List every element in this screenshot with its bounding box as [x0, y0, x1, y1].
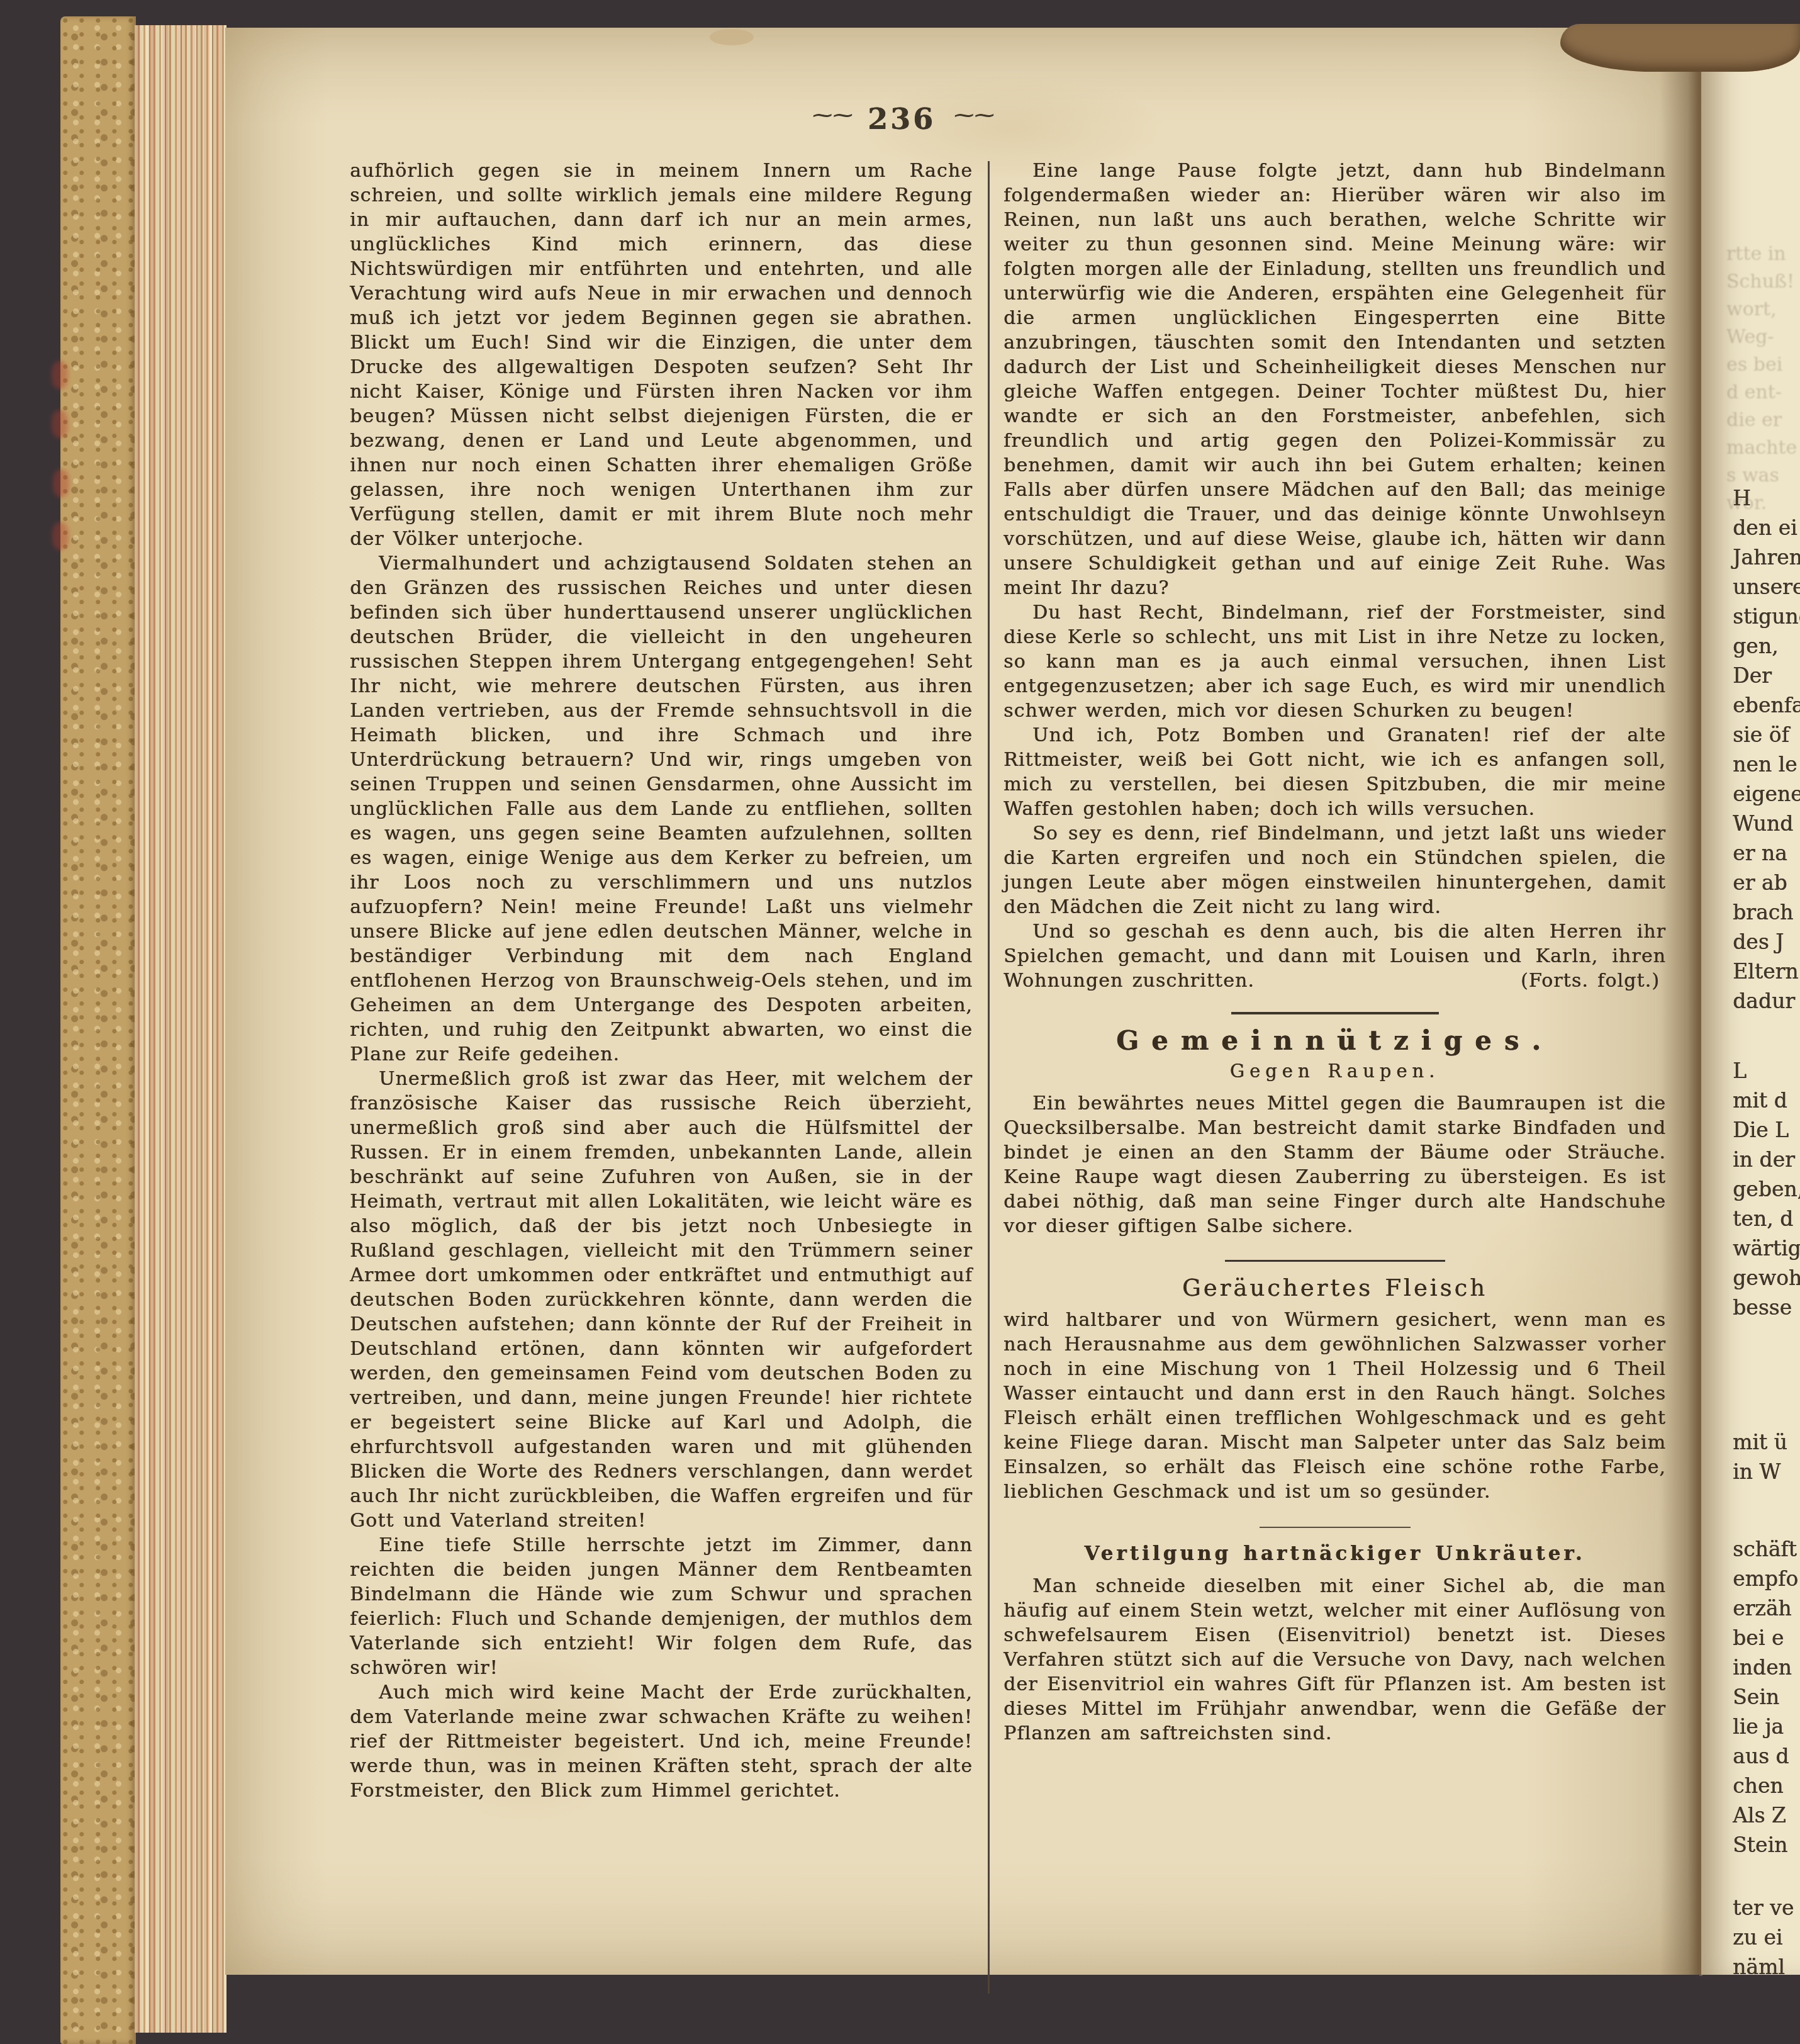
text-fragment-line: ter ve [1733, 1893, 1794, 1923]
text-fragment-line: eigene [1733, 779, 1800, 809]
paragraph: Eine lange Pause folgte jetzt, dann hub … [1003, 159, 1666, 600]
text-fragment-line: den ei [1733, 513, 1800, 542]
text-fragment-line: chen [1733, 1771, 1798, 1800]
text-fragment-line: nen le [1733, 750, 1800, 779]
text-fragment-line: wort, [1726, 296, 1797, 323]
text-fragment-line: empfo [1733, 1564, 1798, 1593]
text-fragment-line: unsere [1733, 572, 1800, 602]
text-fragment-line: Eltern [1733, 957, 1800, 986]
text-fragment-line: erzäh [1733, 1593, 1798, 1623]
section-divider-rule [1225, 1260, 1445, 1262]
next-page-sliver: rtte inSchuß!wort,Weg-es beid ent-die er… [1701, 35, 1800, 1975]
paragraph: Eine tiefe Stille herrschte jetzt im Zim… [350, 1533, 973, 1680]
next-page-text-fragments: schäftempfoerzähbei eindenSeinlie jaaus … [1733, 1534, 1798, 1860]
text-fragment-line: die er [1726, 407, 1797, 434]
page-number: 236 [868, 102, 936, 136]
paragraph: Du hast Recht, Bindelmann, rief der Fors… [1003, 600, 1666, 723]
text-fragment-line: aus d [1733, 1741, 1798, 1771]
text-fragment-line: er na [1733, 838, 1800, 868]
text-fragment-line: mit ü [1733, 1427, 1787, 1457]
paragraph: Man schneide dieselben mit einer Sichel … [1003, 1574, 1666, 1746]
text-fragment-line: besse [1733, 1293, 1800, 1322]
text-fragment-line: L [1733, 1056, 1800, 1086]
text-fragment-line: in W [1733, 1457, 1787, 1486]
next-page-text-fragments: mit üin W [1733, 1427, 1787, 1486]
next-page-text-fragments: Lmit dDie Lin dergeben,ten, dwärtiggewoh… [1733, 1056, 1800, 1322]
text-fragment-line: wärtig [1733, 1233, 1800, 1263]
next-page-text-fragments: ter vezu einäml [1733, 1893, 1794, 1975]
paragraph: Viermalhundert und achzigtausend Soldate… [350, 551, 973, 1067]
text-fragment-line: dadur [1733, 986, 1800, 1016]
text-fragment-line: Als Z [1733, 1800, 1798, 1830]
text-fragment-line: Schuß! [1726, 268, 1797, 296]
paragraph: Auch mich wird keine Macht der Erde zurü… [350, 1680, 973, 1803]
text-fragment-line: rtte in [1726, 240, 1797, 268]
text-fragment-line: Jahren [1733, 542, 1800, 572]
left-column: aufhörlich gegen sie in meinem Innern um… [350, 159, 973, 2002]
text-fragment-line: Wund [1733, 809, 1800, 838]
show-through-text: rtte inSchuß!wort,Weg-es beid ent-die er… [1726, 240, 1797, 517]
text-fragment-line: H [1733, 483, 1800, 513]
paragraph: So sey es denn, rief Bindelmann, und jet… [1003, 821, 1666, 919]
text-fragment-line: stigung [1733, 602, 1800, 631]
paragraph: wird haltbarer und von Würmern gesichert… [1003, 1308, 1666, 1504]
text-fragment-line: gewoh [1733, 1263, 1800, 1293]
section-subtitle: Gegen Raupen. [1003, 1059, 1666, 1084]
text-fragment-line: bei e [1733, 1623, 1798, 1653]
page-edge-stack [135, 25, 226, 2033]
text-fragment-line: machte [1726, 434, 1797, 462]
paper-edge-bump [710, 29, 754, 45]
text-fragment-line: ebenfa [1733, 690, 1800, 720]
book-gutter-shadow [1660, 28, 1701, 1975]
text-fragment-line: gen, [1733, 631, 1800, 661]
text-fragment-line: brach [1733, 897, 1800, 927]
header-dash-left: ~~ [810, 106, 851, 125]
paragraph: Ein bewährtes neues Mittel gegen die Bau… [1003, 1091, 1666, 1238]
text-fragment-line: in der [1733, 1145, 1800, 1174]
page-header: ~~236~~ [225, 98, 1578, 136]
header-dash-right: ~~ [952, 106, 993, 125]
section-title: Geräuchertes Fleisch [1003, 1276, 1666, 1300]
text-fragment-line: lie ja [1733, 1712, 1798, 1741]
next-page-text-fragments: Hden eiJahrenunserestigunggen,Derebenfas… [1733, 483, 1800, 1016]
right-column: Eine lange Pause folgte jetzt, dann hub … [1003, 159, 1666, 2002]
column-divider-rule [988, 161, 990, 1994]
text-fragment-line: ten, d [1733, 1204, 1800, 1233]
text-fragment-line: Der [1733, 661, 1800, 690]
text-fragment-line: d ent- [1726, 379, 1797, 407]
text-fragment-line: zu ei [1733, 1923, 1794, 1952]
text-fragment-line: näml [1733, 1952, 1794, 1975]
fore-edge-mark [52, 410, 68, 438]
section-title: Gemeinnütziges. [1003, 1028, 1666, 1053]
text-fragment-line: sie öf [1733, 720, 1800, 750]
paragraph: Und ich, Potz Bomben und Granaten! rief … [1003, 723, 1666, 821]
book-scan: { "page_header": { "left_dash": "~~", "n… [0, 0, 1800, 2044]
text-fragment-line: Stein [1733, 1830, 1798, 1860]
text-fragment-line: mit d [1733, 1086, 1800, 1115]
paragraph: Unermeßlich groß ist zwar das Heer, mit … [350, 1067, 973, 1533]
text-fragment-line: des J [1733, 927, 1800, 957]
fore-edge-mark [52, 522, 69, 550]
text-fragment-line: Weg- [1726, 323, 1797, 351]
fore-edge-mark [52, 361, 68, 389]
book-page: ~~236~~ aufhörlich gegen sie in meinem I… [225, 28, 1701, 1975]
text-fragment-line: Sein [1733, 1682, 1798, 1712]
text-fragment-line: inden [1733, 1653, 1798, 1682]
section-divider-rule [1260, 1527, 1411, 1528]
text-fragment-line: geben, [1733, 1174, 1800, 1204]
torn-paper-edge [1560, 24, 1800, 72]
text-fragment-line: es bei [1726, 351, 1797, 379]
text-fragment-line: Die L [1733, 1115, 1800, 1145]
text-fragment-line: schäft [1733, 1534, 1798, 1564]
text-columns: aufhörlich gegen sie in meinem Innern um… [350, 159, 1666, 2002]
text-fragment-line: er ab [1733, 868, 1800, 897]
book-cover-edge [60, 16, 136, 2044]
section-title: Vertilgung hartnäckiger Unkräuter. [1003, 1542, 1666, 1566]
section-divider-rule [1231, 1012, 1439, 1014]
fore-edge-mark [53, 469, 69, 497]
paragraph: aufhörlich gegen sie in meinem Innern um… [350, 159, 973, 551]
